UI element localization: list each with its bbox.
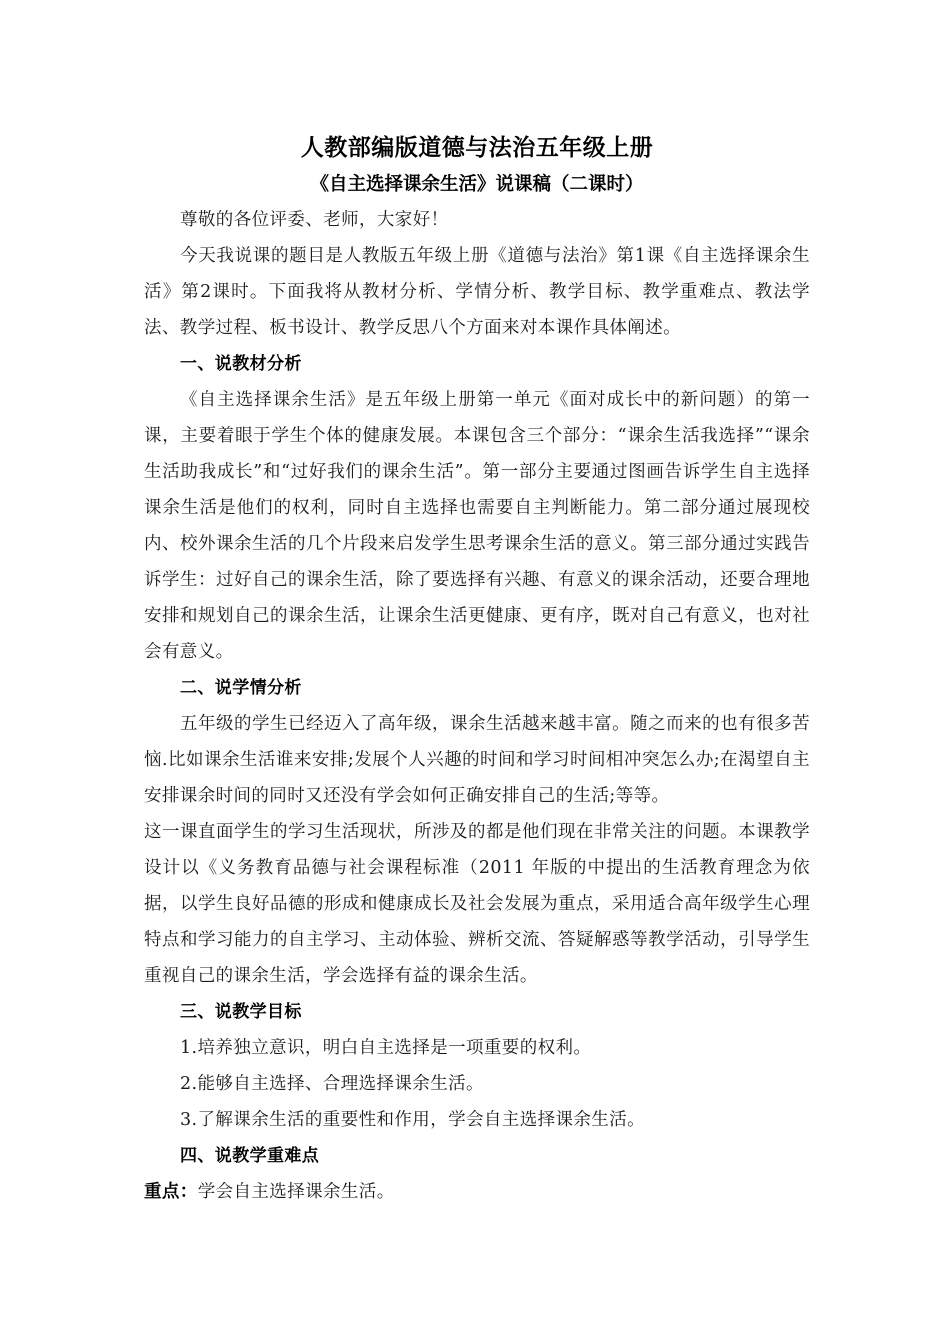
section-paragraph: 五年级的学生已经迈入了高年级，课余生活越来越丰富。随之而来的也有很多苦恼.比如课… (144, 706, 810, 814)
greeting-paragraph: 尊敬的各位评委、老师，大家好！ (144, 202, 810, 238)
section-teaching-objectives: 三、说教学目标 1.培养独立意识，明白自主选择是一项重要的权利。 2.能够自主选… (144, 994, 810, 1138)
section-textbook-analysis: 一、说教材分析 《自主选择课余生活》是五年级上册第一单元《面对成长中的新问题）的… (144, 346, 810, 670)
section-key-difficult-points: 四、说教学重难点 重点：学会自主选择课余生活。 (144, 1138, 810, 1210)
section-heading: 四、说教学重难点 (144, 1138, 810, 1174)
section-heading: 一、说教材分析 (144, 346, 810, 382)
section-paragraph: 这一课直面学生的学习生活现状，所涉及的都是他们现在非常关注的问题。本课教学设计以… (144, 814, 810, 994)
key-point-text: 学会自主选择课余生活。 (198, 1182, 395, 1202)
objective-item: 1.培养独立意识，明白自主选择是一项重要的权利。 (144, 1030, 810, 1066)
intro-paragraph: 今天我说课的题目是人教版五年级上册《道德与法治》第1课《自主选择课余生活》第2课… (144, 238, 810, 346)
key-point-label: 重点： (144, 1182, 198, 1202)
section-student-analysis: 二、说学情分析 五年级的学生已经迈入了高年级，课余生活越来越丰富。随之而来的也有… (144, 670, 810, 994)
section-heading: 二、说学情分析 (144, 670, 810, 706)
section-paragraph: 《自主选择课余生活》是五年级上册第一单元《面对成长中的新问题）的第一课，主要着眼… (144, 382, 810, 670)
key-point-line: 重点：学会自主选择课余生活。 (144, 1174, 810, 1210)
document-subtitle: 《自主选择课余生活》说课稿（二课时） (144, 168, 810, 202)
document-page: 人教部编版道德与法治五年级上册 《自主选择课余生活》说课稿（二课时） 尊敬的各位… (144, 128, 810, 1210)
objective-item: 3.了解课余生活的重要性和作用，学会自主选择课余生活。 (144, 1102, 810, 1138)
objective-item: 2.能够自主选择、合理选择课余生活。 (144, 1066, 810, 1102)
section-heading: 三、说教学目标 (144, 994, 810, 1030)
document-title: 人教部编版道德与法治五年级上册 (144, 128, 810, 168)
